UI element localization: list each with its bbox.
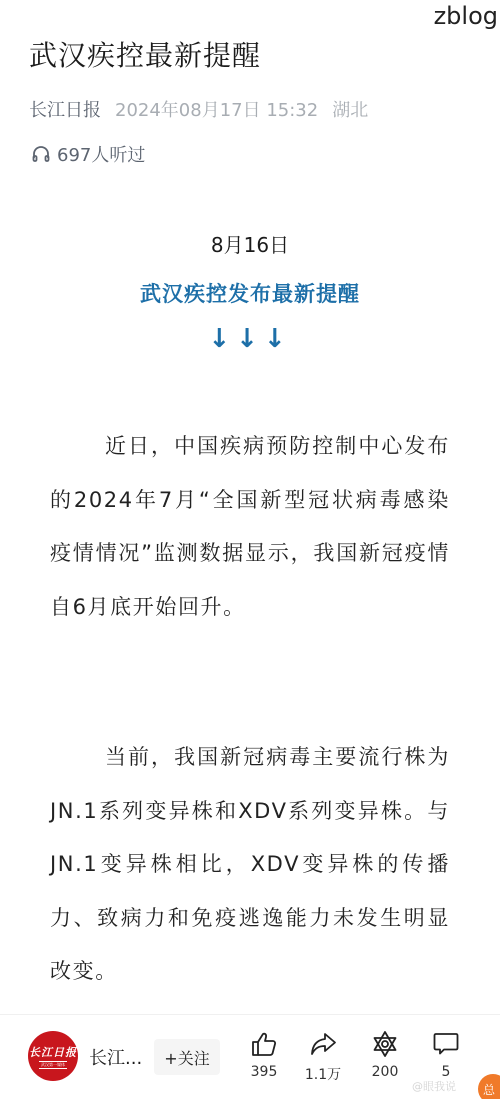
like-count: 395: [251, 1064, 278, 1080]
paragraph-2: 当前，我国新冠病毒主要流行株为JN.1系列变异株和XDV系列变异株。与JN.1变…: [50, 731, 450, 999]
logo-subtext: 武汉第一媒体: [39, 1061, 67, 1069]
collect-button[interactable]: 200: [357, 1030, 413, 1080]
listen-count: 697人听过: [57, 141, 145, 167]
account-name[interactable]: 长江...: [89, 1044, 142, 1070]
headphones-icon: [31, 144, 51, 164]
share-button[interactable]: 1.1万: [295, 1030, 351, 1084]
publish-datetime: 2024年08月17日 15:32: [115, 96, 318, 122]
follow-button[interactable]: +关注: [154, 1039, 220, 1075]
paragraph-1: 近日，中国疾病预防控制中心发布的2024年7月“全国新型冠状病毒感染疫情情况”监…: [50, 420, 450, 634]
collect-count: 200: [372, 1064, 399, 1080]
logo-text: 长江日报: [29, 1044, 77, 1060]
blue-heading: 武汉疾控发布最新提醒: [0, 278, 500, 308]
share-arrow-icon: [309, 1030, 337, 1058]
comment-button[interactable]: 5: [418, 1030, 474, 1080]
comment-bubble-icon: [432, 1030, 460, 1058]
date-heading: 8月16日: [0, 229, 500, 258]
article-title: 武汉疾控最新提醒: [29, 34, 261, 74]
source-link[interactable]: 长江日报: [29, 96, 101, 122]
watermark-text: zblog: [434, 2, 498, 30]
listen-button[interactable]: 697人听过: [31, 141, 145, 167]
region-label: 湖北: [332, 96, 368, 122]
thumbs-up-icon: [250, 1030, 278, 1058]
share-count: 1.1万: [305, 1064, 341, 1084]
floating-badge[interactable]: 总: [478, 1074, 500, 1099]
article-meta: 长江日报 2024年08月17日 15:32 湖北: [29, 96, 368, 122]
like-button[interactable]: 395: [236, 1030, 292, 1080]
star-of-david-icon: [371, 1030, 399, 1058]
account-avatar[interactable]: 长江日报 武汉第一媒体: [28, 1031, 78, 1081]
down-arrows-icon: ↓↓↓: [0, 324, 500, 354]
weibo-watermark: @眼我说: [412, 1078, 456, 1094]
